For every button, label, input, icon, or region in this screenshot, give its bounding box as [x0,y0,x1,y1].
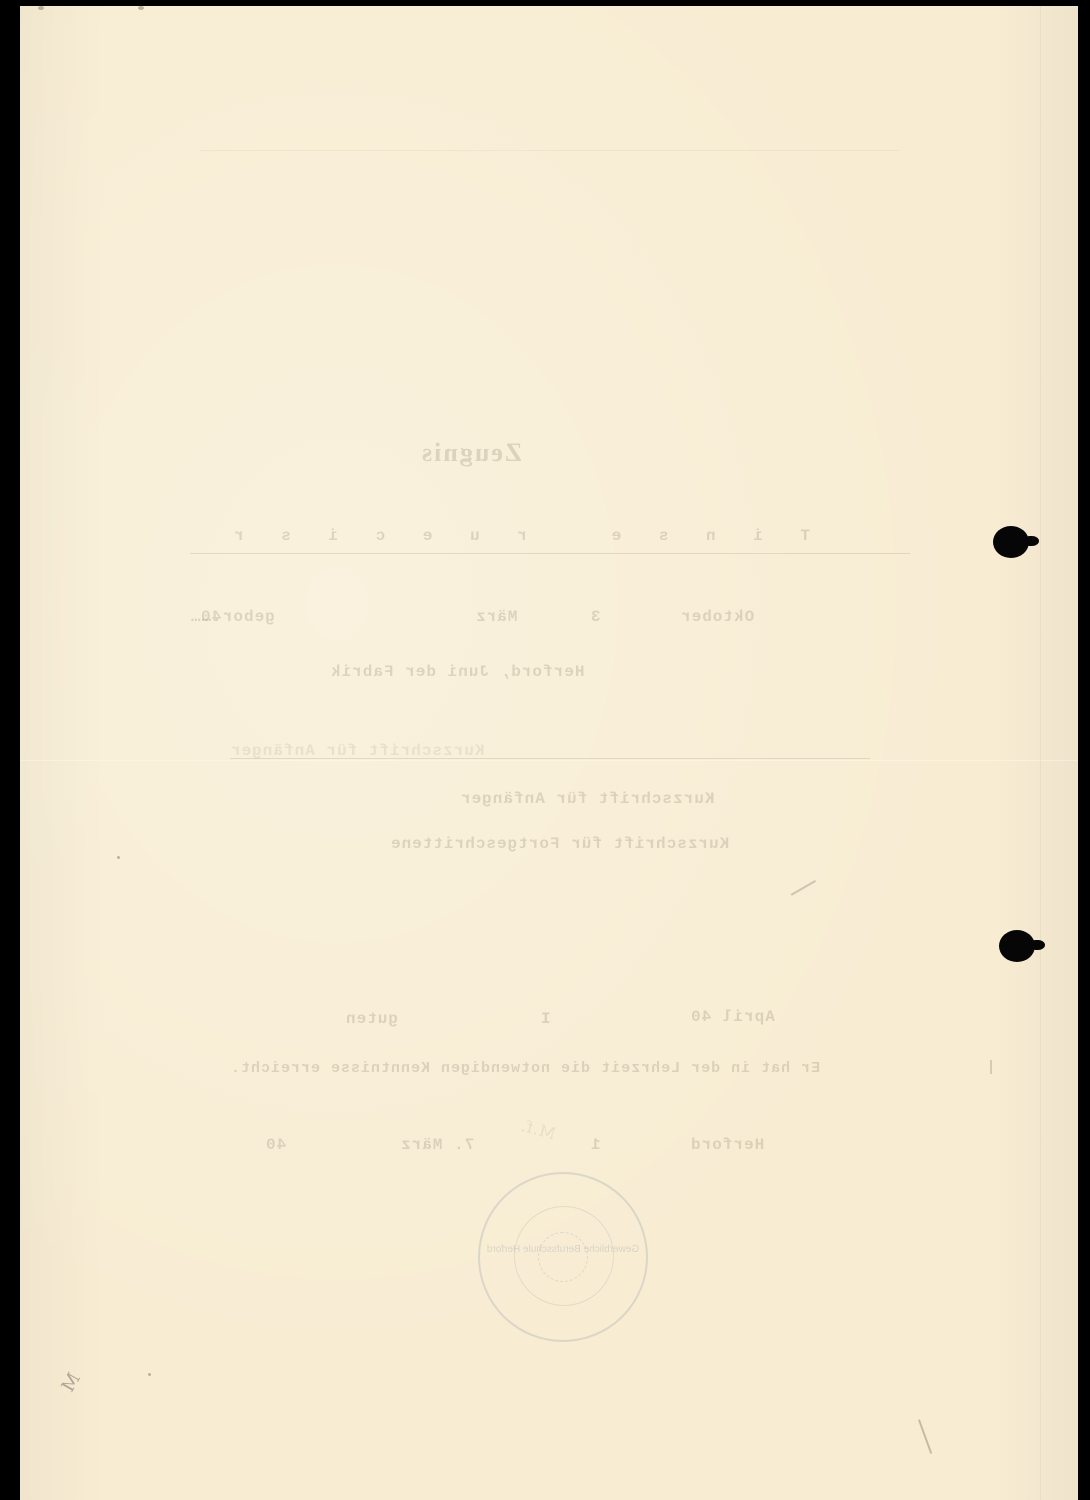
speck [38,6,44,10]
bleed-row1-month2: März [475,608,517,626]
scan-border-right [1078,0,1090,1500]
speck [138,6,144,10]
punch-hole-top [993,526,1029,558]
bleed-row1-year: 40 [200,608,221,626]
bleed-line4: Kurzschrift für Fortgeschrittene [390,835,729,853]
punch-hole-bottom [999,930,1035,962]
bleed-row5-grade-mark: I [540,1010,551,1028]
bleed-day: 1 [590,1136,601,1154]
bleed-line3: Kurzschrift für Anfänger [460,790,714,808]
bleed-row1-day: 3 [590,608,601,626]
heading-rule [190,553,910,554]
bleed-year: 40 [265,1136,286,1154]
speck [148,1373,151,1376]
stray-mark-right [990,1060,992,1074]
bleed-sentence: Er hat in der Lehrzeit die notwendigen K… [230,1060,820,1077]
bleed-spaced-heading: T i n s e r u e c i s r [220,527,810,545]
bleed-month: 7. März [400,1136,474,1154]
bleed-row2: Herford, Juni der Fabrik [330,663,584,681]
bleed-row5-date: April 40 [690,1008,775,1026]
letterhead-shadow [200,150,900,151]
stamp-text: Gewerbliche Berufsschule Herford [480,1244,646,1255]
speck [117,856,120,859]
bleed-title: Zeugnis [420,438,522,468]
bleed-row5-grade: guten [345,1010,398,1028]
vertical-crease [1040,6,1041,1500]
underline-rule [230,758,870,759]
bleed-row1-month: Oktober [680,608,754,626]
fold-line [20,760,1078,761]
bleed-place: Herford [690,1136,764,1154]
official-stamp: Gewerbliche Berufsschule Herford [478,1172,648,1342]
stamp-emblem-icon [538,1232,588,1282]
